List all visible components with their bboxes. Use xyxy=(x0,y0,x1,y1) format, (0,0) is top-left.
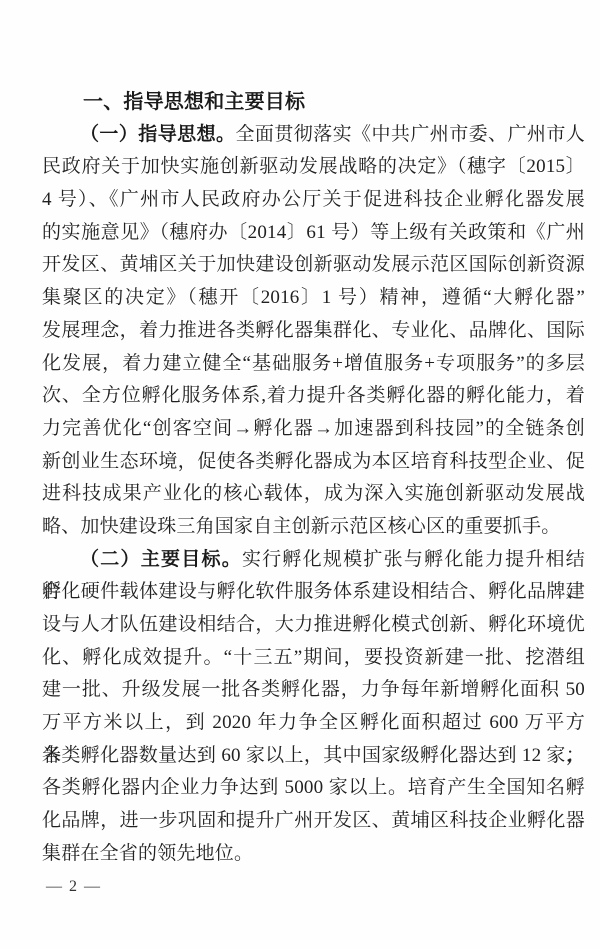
text-line: 各类孵化器数量达到 60 家以上，其中国家级孵化器达到 12 家； xyxy=(42,740,585,773)
text-line: 集聚区的决定》（穗开〔2016〕1 号）精神，遵循“大孵化器” xyxy=(42,282,585,315)
text-line: 4 号）、《广州市人民政府办公厅关于促进科技企业孵化器发展 xyxy=(42,184,585,217)
text-line: 集群在全省的领先地位。 xyxy=(42,838,585,871)
text-line: 进科技成果产业化的核心载体，成为深入实施创新驱动发展战 xyxy=(42,478,585,511)
paragraph-first-line: （一）指导思想。全面贯彻落实《中共广州市委、广州市人 xyxy=(42,119,585,152)
paragraph-first-line-text: 全面贯彻落实《中共广州市委、广州市人 xyxy=(235,124,585,145)
page-number: — 2 — xyxy=(46,878,102,896)
text-line: 各类孵化器内企业力争达到 5000 家以上。培育产生全国知名孵 xyxy=(42,772,585,805)
paragraph-lines: 孵化硬件载体建设与孵化软件服务体系建设相结合、孵化品牌建设与人才队伍建设相结合，… xyxy=(42,576,585,870)
text-line: 民政府关于加快实施创新驱动发展战略的决定》（穗字〔2015〕 xyxy=(42,151,585,184)
text-line: 开发区、黄埔区关于加快建设创新驱动发展示范区国际创新资源 xyxy=(42,249,585,282)
text-line: 设与人才队伍建设相结合，大力推进孵化模式创新、孵化环境优 xyxy=(42,609,585,642)
document-body: 一、指导思想和主要目标 （一）指导思想。全面贯彻落实《中共广州市委、广州市人 民… xyxy=(42,86,585,871)
text-line: 的实施意见》（穗府办〔2014〕61 号）等上级有关政策和《广州 xyxy=(42,217,585,250)
paragraph-lines: 民政府关于加快实施创新驱动发展战略的决定》（穗字〔2015〕4 号）、《广州市人… xyxy=(42,151,585,543)
text-line: 万平方米以上，到 2020 年力争全区孵化面积超过 600 万平方米， xyxy=(42,707,585,740)
text-line: 次、全方位孵化服务体系,着力提升各类孵化器的孵化能力，着 xyxy=(42,380,585,413)
paragraph-lead-label: （二）主要目标。 xyxy=(80,549,242,570)
text-line: 孵化硬件载体建设与孵化软件服务体系建设相结合、孵化品牌建 xyxy=(42,576,585,609)
paragraph-lead-label: （一）指导思想。 xyxy=(80,124,235,145)
paragraph-first-line: （二）主要目标。实行孵化规模扩张与孵化能力提升相结合、 xyxy=(42,544,585,577)
text-line: 建一批、升级发展一批各类孵化器，力争每年新增孵化面积 50 xyxy=(42,674,585,707)
paragraph-guiding-ideology: （一）指导思想。全面贯彻落实《中共广州市委、广州市人 民政府关于加快实施创新驱动… xyxy=(42,119,585,544)
text-line: 化、孵化成效提升。“十三五”期间，要投资新建一批、挖潜组 xyxy=(42,642,585,675)
paragraph-main-goals: （二）主要目标。实行孵化规模扩张与孵化能力提升相结合、 孵化硬件载体建设与孵化软… xyxy=(42,544,585,871)
section-heading: 一、指导思想和主要目标 xyxy=(42,86,585,119)
text-line: 力完善优化“创客空间→孵化器→加速器到科技园”的全链条创 xyxy=(42,413,585,446)
text-line: 化品牌，进一步巩固和提升广州开发区、黄埔区科技企业孵化器 xyxy=(42,805,585,838)
document-page: 一、指导思想和主要目标 （一）指导思想。全面贯彻落实《中共广州市委、广州市人 民… xyxy=(0,0,600,949)
text-line: 化发展，着力建立健全“基础服务+增值服务+专项服务”的多层 xyxy=(42,348,585,381)
text-line: 发展理念，着力推进各类孵化器集群化、专业化、品牌化、国际 xyxy=(42,315,585,348)
text-line: 略、加快建设珠三角国家自主创新示范区核心区的重要抓手。 xyxy=(42,511,585,544)
text-line: 新创业生态环境，促使各类孵化器成为本区培育科技型企业、促 xyxy=(42,446,585,479)
